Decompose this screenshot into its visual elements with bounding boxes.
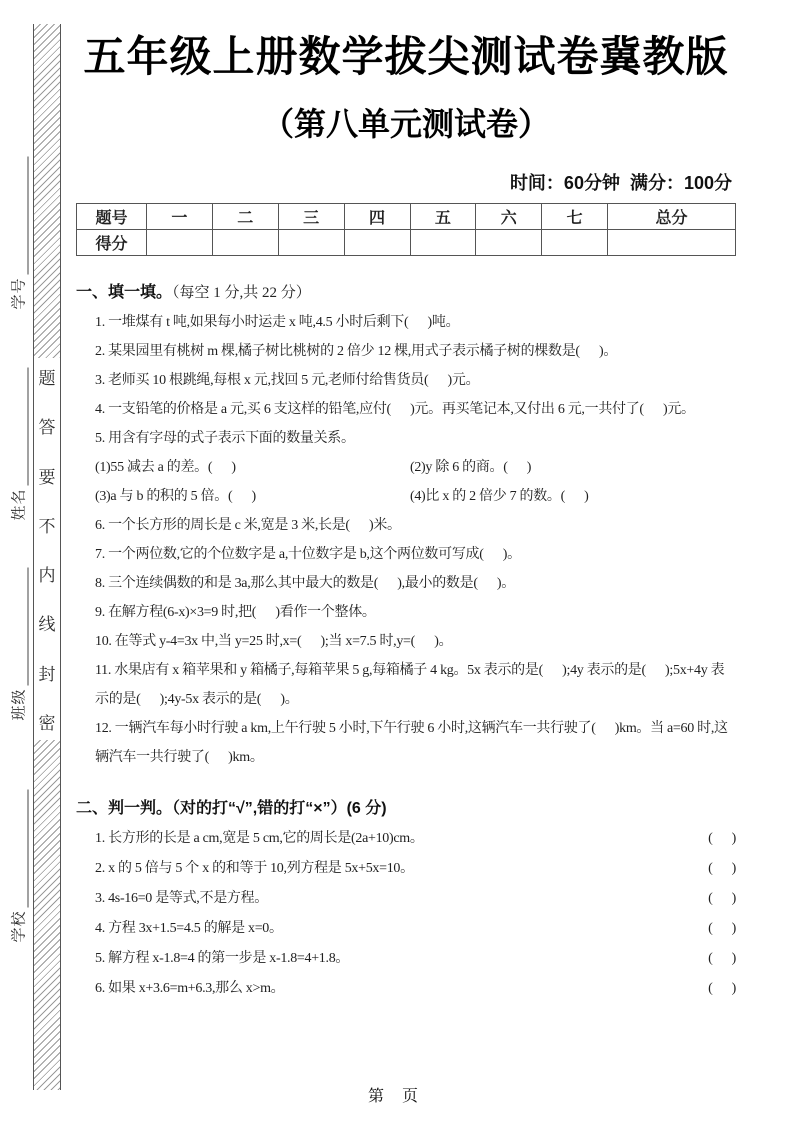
class-blank-line [26,567,29,685]
score-cell-empty [278,229,344,255]
score-table-col-header: 四 [344,203,410,229]
student-name-blank-line [26,367,29,485]
page-title: 五年级上册数学拔尖测试卷冀教版 [76,30,736,85]
student-number-field: 学号 [8,156,29,309]
student-number-blank-line [26,156,29,274]
score-table-score-row: 得分 [77,229,736,255]
score-cell-empty [344,229,410,255]
score-cell-empty [410,229,476,255]
school-field: 学校 [8,789,29,942]
seal-line-text: 题 答 要 不 内 线 封 密 [34,358,60,740]
school-label: 学校 [8,910,29,942]
fill-question-4: 4. 一支铅笔的价格是 a 元,买 6 支这样的铅笔,应付( )元。再买笔记本,… [95,395,736,424]
judge-question-text: 1. 长方形的长是 a cm,宽是 5 cm,它的周长是(2a+10)cm。 [95,824,424,854]
seal-char: 题 [39,364,56,389]
fill-question-10: 10. 在等式 y-4=3x 中,当 y=25 时,x=( );当 x=7.5 … [95,627,736,656]
seal-hatch-top [34,24,60,358]
section-2-heading: 二、判一判。（对的打“√”,错的打“×”）(6 分) [76,795,736,818]
sub-question-5-2: (2)y 除 6 的商。( ) [410,453,531,482]
score-cell-empty [608,229,736,255]
section-1-heading: 一、填一填。（每空 1 分,共 22 分） [76,279,736,302]
section-1-questions: 1. 一堆煤有 t 吨,如果每小时运走 x 吨,4.5 小时后剩下( )吨。 2… [76,308,736,772]
seal-char: 答 [39,413,56,438]
score-table-col-header: 三 [278,203,344,229]
score-table-col-header: 总分 [608,203,736,229]
score-cell-empty [212,229,278,255]
page-subtitle: （第八单元测试卷） [76,99,736,145]
judge-question-6: 6. 如果 x+3.6=m+6.3,那么 x>m。 ( ) [95,974,736,1004]
test-paper-page: { "header": { "title": "五年级上册数学拔尖测试卷冀教版"… [0,0,793,1122]
fill-question-3: 3. 老师买 10 根跳绳,每根 x 元,找回 5 元,老师付给售货员( )元。 [95,366,736,395]
fill-question-2: 2. 某果园里有桃树 m 棵,橘子树比桃树的 2 倍少 12 棵,用式子表示橘子… [95,337,736,366]
score-table-header-row: 题号 一 二 三 四 五 六 七 总分 [77,203,736,229]
score-table-col-header: 题号 [77,203,147,229]
class-field: 班级 [8,567,29,720]
seal-char: 密 [39,709,56,734]
section-2-title: 二、判一判。 [76,800,172,817]
score-cell-empty [476,229,542,255]
sub-question-5-1: (1)55 减去 a 的差。( ) [95,453,410,482]
score-cell-empty [147,229,213,255]
seal-hatch-bottom [34,740,60,1090]
score-table-col-header: 七 [542,203,608,229]
judge-question-text: 6. 如果 x+3.6=m+6.3,那么 x>m。 [95,974,284,1004]
answer-bracket: ( ) [708,884,736,914]
student-number-label: 学号 [8,277,29,309]
score-cell-empty [542,229,608,255]
fill-question-6: 6. 一个长方形的周长是 c 米,宽是 3 米,长是( )米。 [95,511,736,540]
fill-question-5: 5. 用含有字母的式子表示下面的数量关系。 [95,424,736,453]
student-name-field: 姓名 [8,367,29,520]
score-table-col-header: 一 [147,203,213,229]
answer-bracket: ( ) [708,974,736,1004]
class-label: 班级 [8,688,29,720]
exam-time-score-info: 时间：60分钟 满分：100分 [76,169,736,195]
judge-question-text: 2. x 的 5 倍与 5 个 x 的和等于 10,列方程是 5x+5x=10。 [95,854,414,884]
answer-bracket: ( ) [708,944,736,974]
judge-question-1: 1. 长方形的长是 a cm,宽是 5 cm,它的周长是(2a+10)cm。 (… [95,824,736,854]
fill-question-1: 1. 一堆煤有 t 吨,如果每小时运走 x 吨,4.5 小时后剩下( )吨。 [95,308,736,337]
seal-char: 内 [39,561,56,586]
section-2-points-note: （对的打“√”,错的打“×”）(6 分) [172,800,387,817]
seal-char: 线 [39,610,56,635]
page-number-footer: 第 页 [0,1083,793,1106]
answer-bracket: ( ) [708,854,736,884]
judge-question-2: 2. x 的 5 倍与 5 个 x 的和等于 10,列方程是 5x+5x=10。… [95,854,736,884]
seal-char: 不 [39,512,56,537]
judge-question-text: 3. 4s-16=0 是等式,不是方程。 [95,884,268,914]
answer-bracket: ( ) [708,914,736,944]
sub-question-5-4: (4)比 x 的 2 倍少 7 的数。( ) [410,482,589,511]
judge-question-3: 3. 4s-16=0 是等式,不是方程。 ( ) [95,884,736,914]
section-1-points-note: （每空 1 分,共 22 分） [172,285,311,301]
school-blank-line [26,789,29,907]
answer-bracket: ( ) [708,824,736,854]
judge-question-text: 5. 解方程 x-1.8=4 的第一步是 x-1.8=4+1.8。 [95,944,349,974]
fill-question-12: 12. 一辆汽车每小时行驶 a km,上午行驶 5 小时,下午行驶 6 小时,这… [95,714,736,772]
fill-question-11: 11. 水果店有 x 箱苹果和 y 箱橘子,每箱苹果 5 g,每箱橘子 4 kg… [95,656,736,714]
score-table: 题号 一 二 三 四 五 六 七 总分 得分 [76,203,736,256]
fill-question-9: 9. 在解方程(6-x)×3=9 时,把( )看作一个整体。 [95,598,736,627]
judge-question-5: 5. 解方程 x-1.8=4 的第一步是 x-1.8=4+1.8。 ( ) [95,944,736,974]
seal-char: 封 [39,660,56,685]
score-table-col-header: 六 [476,203,542,229]
judge-question-text: 4. 方程 3x+1.5=4.5 的解是 x=0。 [95,914,283,944]
seal-char: 要 [39,463,56,488]
section-2-questions: 1. 长方形的长是 a cm,宽是 5 cm,它的周长是(2a+10)cm。 (… [76,824,736,1004]
score-row-label: 得分 [77,229,147,255]
score-table-col-header: 二 [212,203,278,229]
question-5-subrow-2: (3)a 与 b 的积的 5 倍。( ) (4)比 x 的 2 倍少 7 的数。… [95,482,736,511]
fill-question-7: 7. 一个两位数,它的个位数字是 a,十位数字是 b,这个两位数可写成( )。 [95,540,736,569]
student-name-label: 姓名 [8,488,29,520]
score-table-col-header: 五 [410,203,476,229]
judge-question-4: 4. 方程 3x+1.5=4.5 的解是 x=0。 ( ) [95,914,736,944]
fill-question-8: 8. 三个连续偶数的和是 3a,那么其中最大的数是( ),最小的数是( )。 [95,569,736,598]
section-1-title: 一、填一填。 [76,284,172,301]
question-5-subrow-1: (1)55 减去 a 的差。( ) (2)y 除 6 的商。( ) [95,453,736,482]
seal-line-band: 题 答 要 不 内 线 封 密 [33,24,61,1090]
paper-content: 五年级上册数学拔尖测试卷冀教版 （第八单元测试卷） 时间：60分钟 满分：100… [76,0,736,1004]
sub-question-5-3: (3)a 与 b 的积的 5 倍。( ) [95,482,410,511]
